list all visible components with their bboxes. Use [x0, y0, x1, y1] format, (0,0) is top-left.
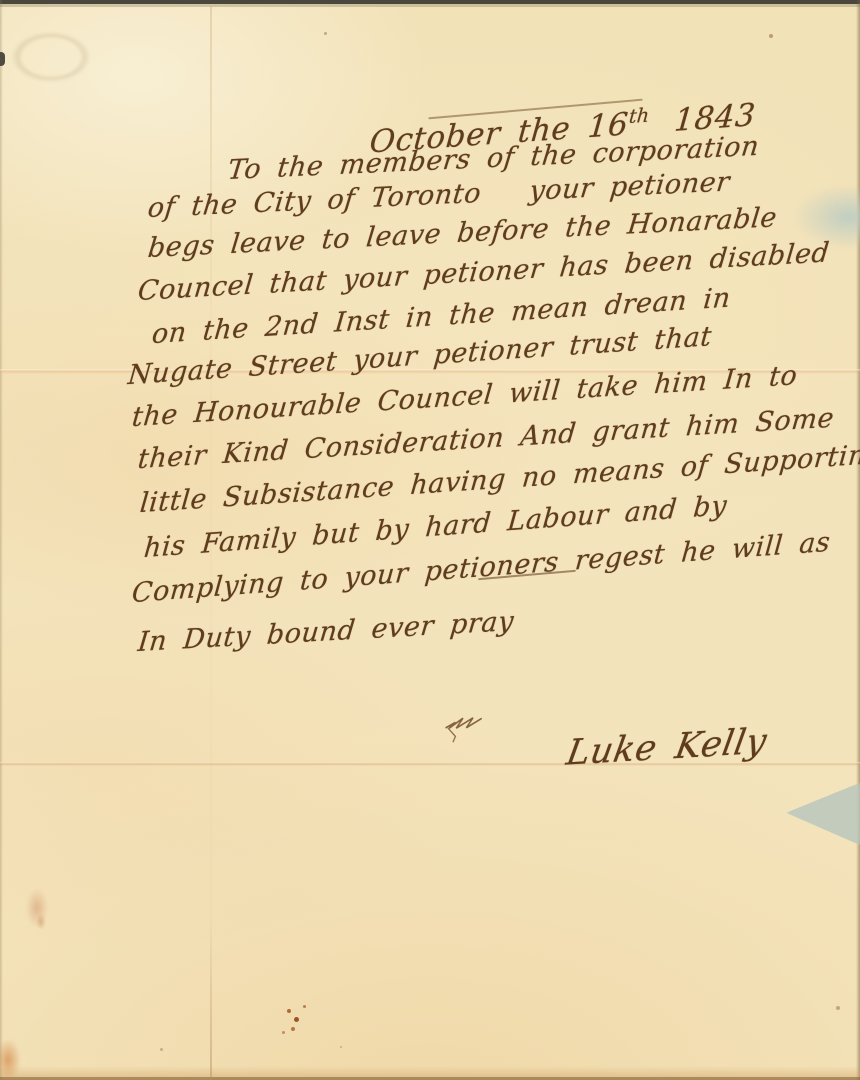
paper-speck	[340, 1046, 342, 1048]
foxing-speck	[303, 1005, 306, 1008]
paper-speck	[836, 1006, 840, 1010]
paper-speck	[324, 32, 327, 35]
blue-gray-stain-right-lower	[786, 782, 860, 846]
red-smudge-left-tail	[36, 914, 46, 930]
paper-speck	[769, 34, 773, 38]
scan-edge-right	[856, 0, 860, 1080]
scan-edge-left	[0, 0, 3, 1080]
scan-edge-top	[0, 0, 860, 4]
watermark-ring	[12, 32, 90, 82]
signature: Luke Kelly	[488, 682, 769, 818]
foxing-speck	[287, 1009, 291, 1013]
handwritten-line-12: In Duty bound ever pray	[137, 606, 515, 658]
foxing-speck	[282, 1031, 285, 1034]
left-edge-notch	[0, 52, 5, 66]
paper-speck	[160, 1048, 163, 1051]
scan-edge-bottom	[0, 1066, 860, 1080]
scanned-letter-page: October the 16th1843 To the members of t…	[0, 0, 860, 1080]
date-ordinal: th	[628, 103, 650, 128]
red-smudge-left	[26, 888, 48, 928]
corner-stain-bottom-left	[0, 1040, 20, 1080]
foxing-speck	[294, 1017, 299, 1022]
foxing-speck	[291, 1027, 295, 1031]
scan-edge-top-shadow	[0, 4, 860, 7]
